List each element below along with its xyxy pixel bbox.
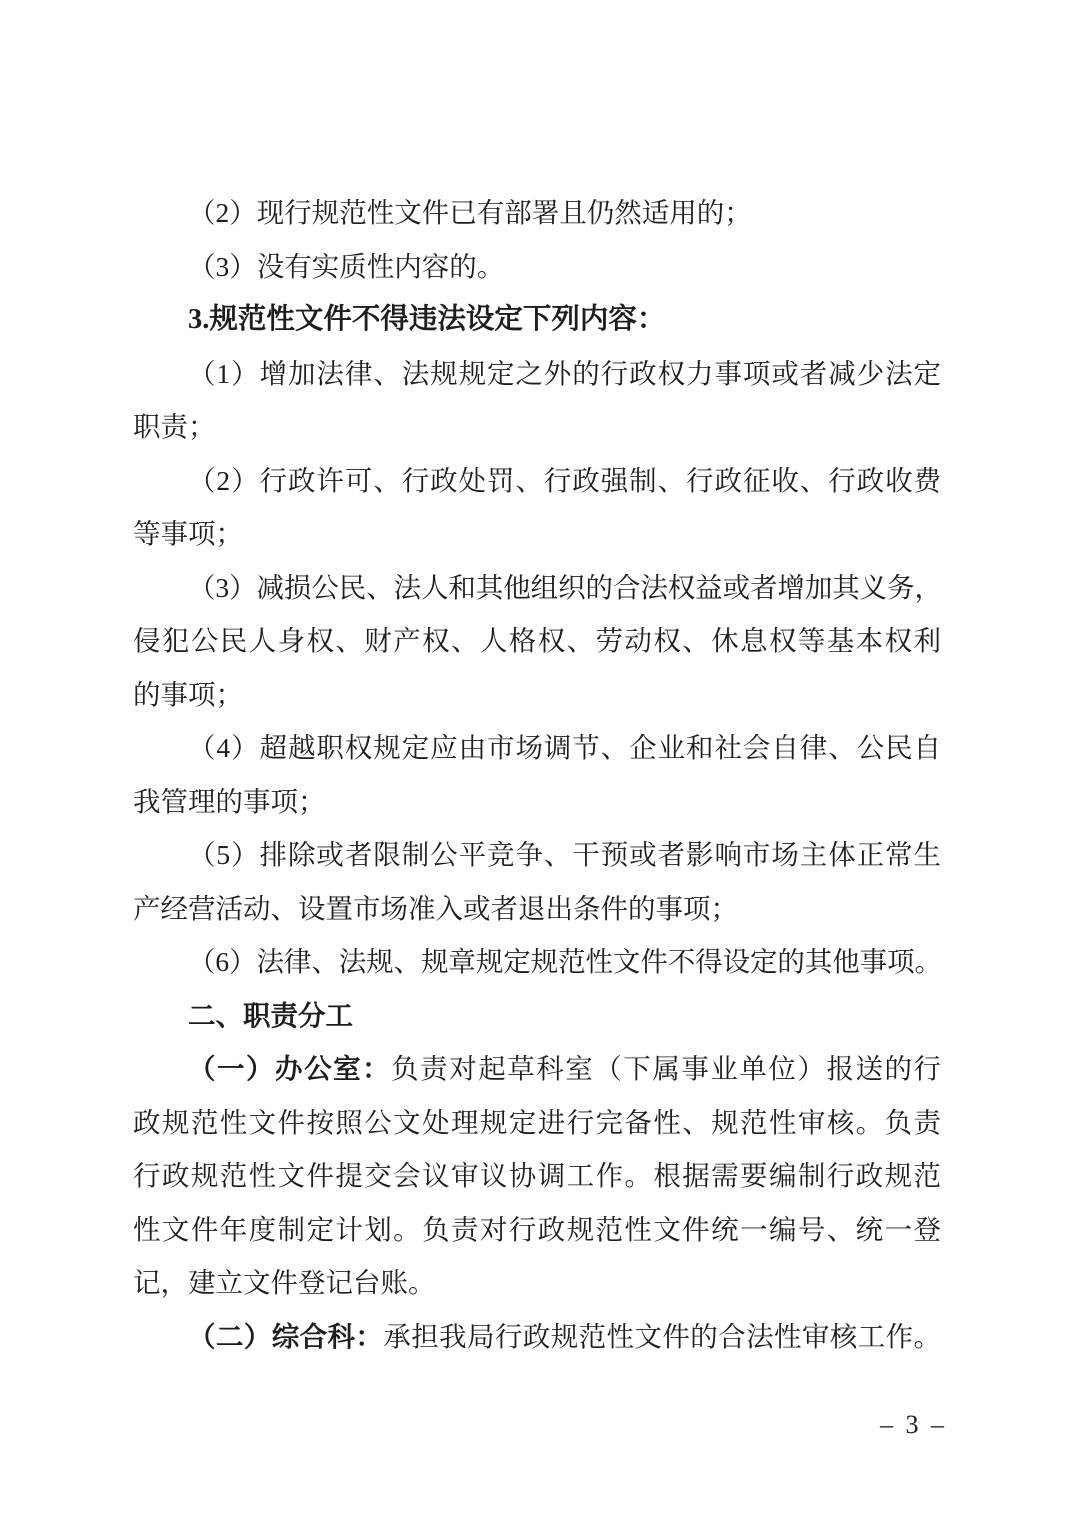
paragraph-text: 承担我局行政规范性文件的合法性审核工作。 <box>383 1321 941 1352</box>
clause-line: （6）法律、法规、规章规定规范性文件不得设定的其他事项。 <box>133 935 941 989</box>
clause-line: 侵犯公民人身权、财产权、人格权、劳动权、休息权等基本权利 <box>133 614 941 668</box>
clause-line: （3）减损公民、法人和其他组织的合法权益或者增加其义务， <box>133 561 941 615</box>
clause-line: （2）行政许可、行政处罚、行政强制、行政征收、行政收费 <box>133 454 941 508</box>
document-page: （2）现行规范性文件已有部署且仍然适用的； （3）没有实质性内容的。 3.规范性… <box>0 0 1074 1520</box>
document-content: （2）现行规范性文件已有部署且仍然适用的； （3）没有实质性内容的。 3.规范性… <box>133 186 941 1363</box>
clause-line: 的事项； <box>133 668 941 722</box>
paragraph-line: 性文件年度制定计划。负责对行政规范性文件统一编号、统一登 <box>133 1203 941 1257</box>
paragraph-text: 负责对起草科室（下属事业单位）报送的行 <box>391 1053 941 1084</box>
clause-line: 我管理的事项； <box>133 775 941 829</box>
paragraph-line: 记，建立文件登记台账。 <box>133 1256 941 1310</box>
paragraph-line: 行政规范性文件提交会议审议协调工作。根据需要编制行政规范 <box>133 1149 941 1203</box>
section-heading-3: 3.规范性文件不得违法设定下列内容： <box>133 293 941 347</box>
clause-line: 等事项； <box>133 507 941 561</box>
clause-line: （5）排除或者限制公平竞争、干预或者影响市场主体正常生 <box>133 828 941 882</box>
page-number: – 3 – <box>880 1405 947 1445</box>
org-label-comprehensive-section: （二）综合科： <box>188 1321 383 1352</box>
clause-line: （2）现行规范性文件已有部署且仍然适用的； <box>133 186 941 240</box>
clause-line: （3）没有实质性内容的。 <box>133 240 941 294</box>
section-heading-duty-division: 二、职责分工 <box>133 989 941 1043</box>
paragraph-comprehensive-line: （二）综合科：承担我局行政规范性文件的合法性审核工作。 <box>133 1310 941 1364</box>
clause-line: 产经营活动、设置市场准入或者退出条件的事项； <box>133 882 941 936</box>
clause-line: （4）超越职权规定应由市场调节、企业和社会自律、公民自 <box>133 721 941 775</box>
clause-line: 职责； <box>133 400 941 454</box>
paragraph-line: 政规范性文件按照公文处理规定进行完备性、规范性审核。负责 <box>133 1096 941 1150</box>
clause-line: （1）增加法律、法规规定之外的行政权力事项或者减少法定 <box>133 347 941 401</box>
paragraph-office-line: （一）办公室：负责对起草科室（下属事业单位）报送的行 <box>133 1042 941 1096</box>
org-label-office: （一）办公室： <box>188 1053 391 1084</box>
